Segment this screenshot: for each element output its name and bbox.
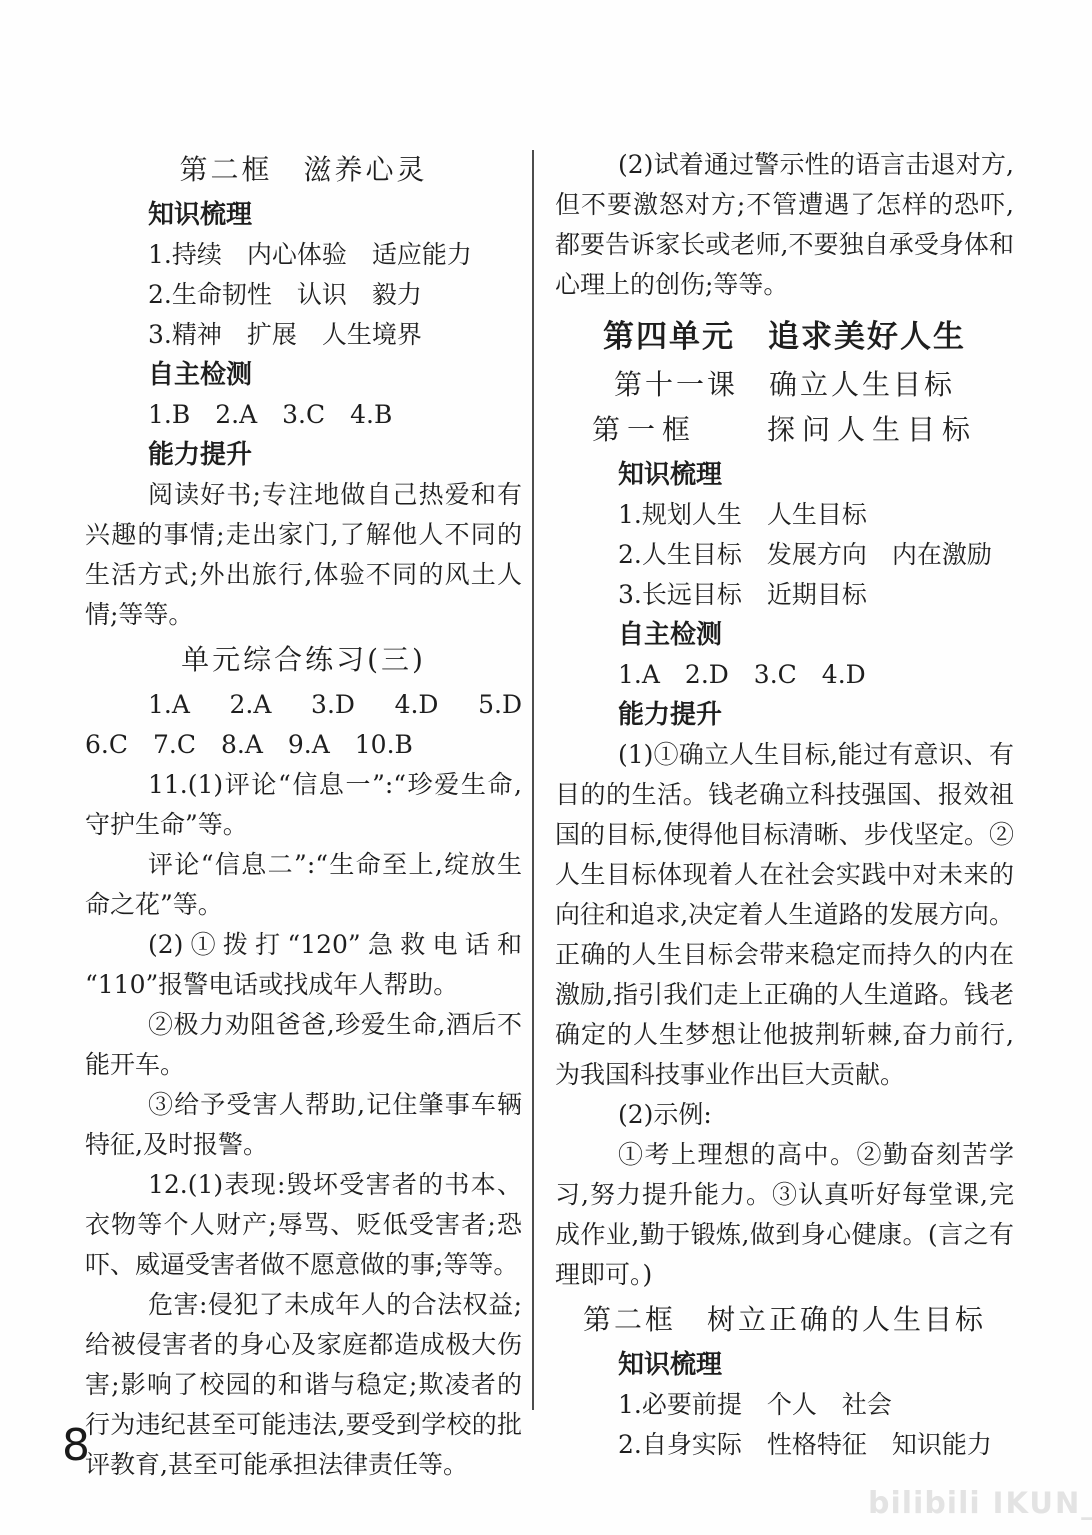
subheading: 能力提升 [85, 435, 522, 475]
paragraph: 危害:侵犯了未成年人的合法权益;给被侵害者的身心及家庭都造成极大伤害;影响了校园… [85, 1285, 522, 1485]
paragraph: 12.(1)表现:毁坏受害者的书本、衣物等个人财产;辱骂、贬低受害者;恐吓、威逼… [85, 1165, 522, 1285]
subheading: 知识梳理 [85, 195, 522, 235]
paragraph: 1.必要前提 个人 社会 [555, 1385, 1014, 1425]
paragraph: 1.A 2.D 3.C 4.D [555, 655, 1014, 695]
paragraph: 2.自身实际 性格特征 知识能力 [555, 1425, 1014, 1465]
paragraph: 阅读好书;专注地做自己热爱和有兴趣的事情;走出家门,了解他人不同的生活方式;外出… [85, 475, 522, 635]
section-title: 单元综合练习(三) [85, 640, 522, 680]
bilibili-logo: bilibili [868, 1486, 981, 1521]
answer-book-page: 第二框 滋养心灵知识梳理1.持续 内心体验 适应能力2.生命韧性 认识 毅力3.… [0, 0, 1092, 1535]
unit-title: 第四单元 追求美好人生 [555, 317, 1014, 357]
paragraph: (2)示例: [555, 1095, 1014, 1135]
right-column: (2)试着通过警示性的语言击退对方,但不要激怒对方;不管遭遇了怎样的恐吓,都要告… [555, 145, 1014, 1465]
subheading: 知识梳理 [555, 455, 1014, 495]
paragraph: (1)①确立人生目标,能过有意识、有目的的生活。钱老确立科技强国、报效祖国的目标… [555, 735, 1014, 1095]
paragraph: ③给予受害人帮助,记住肇事车辆特征,及时报警。 [85, 1085, 522, 1165]
paragraph: (2)①拨打“120”急救电话和“110”报警电话或找成年人帮助。 [85, 925, 522, 1005]
section-title: 第二框 滋养心灵 [85, 150, 522, 190]
subheading: 自主检测 [555, 615, 1014, 655]
paragraph: ②极力劝阻爸爸,珍爱生命,酒后不能开车。 [85, 1005, 522, 1085]
paragraph: ①考上理想的高中。②勤奋刻苦学习,努力提升能力。③认真听好每堂课,完成作业,勤于… [555, 1135, 1014, 1295]
watermark-id: IKUN_3058 [993, 1486, 1092, 1520]
page-number: 8 [62, 1420, 90, 1471]
watermark: bilibili IKUN_3058 [868, 1486, 1092, 1521]
paragraph: 1.B 2.A 3.C 4.B [85, 395, 522, 435]
paragraph: 11.(1)评论“信息一”:“珍爱生命,守护生命”等。 [85, 765, 522, 845]
paragraph: 2.生命韧性 认识 毅力 [85, 275, 522, 315]
paragraph: 1.规划人生 人生目标 [555, 495, 1014, 535]
section-title-spaced: 第一框 探问人生目标 [555, 410, 1014, 450]
left-column: 第二框 滋养心灵知识梳理1.持续 内心体验 适应能力2.生命韧性 认识 毅力3.… [85, 145, 522, 1485]
subheading: 自主检测 [85, 355, 522, 395]
paragraph: (2)试着通过警示性的语言击退对方,但不要激怒对方;不管遭遇了怎样的恐吓,都要告… [555, 145, 1014, 305]
paragraph: 2.人生目标 发展方向 内在激励 [555, 535, 1014, 575]
section-title: 第二框 树立正确的人生目标 [555, 1300, 1014, 1340]
paragraph: 1.A 2.A 3.D 4.D 5.D 6.C 7.C 8.A 9.A 10.B [85, 685, 522, 765]
section-title: 第十一课 确立人生目标 [555, 365, 1014, 405]
subheading: 能力提升 [555, 695, 1014, 735]
paragraph: 评论“信息二”:“生命至上,绽放生命之花”等。 [85, 845, 522, 925]
paragraph: 3.长远目标 近期目标 [555, 575, 1014, 615]
column-divider [532, 150, 534, 1410]
paragraph: 1.持续 内心体验 适应能力 [85, 235, 522, 275]
paragraph: 3.精神 扩展 人生境界 [85, 315, 522, 355]
subheading: 知识梳理 [555, 1345, 1014, 1385]
